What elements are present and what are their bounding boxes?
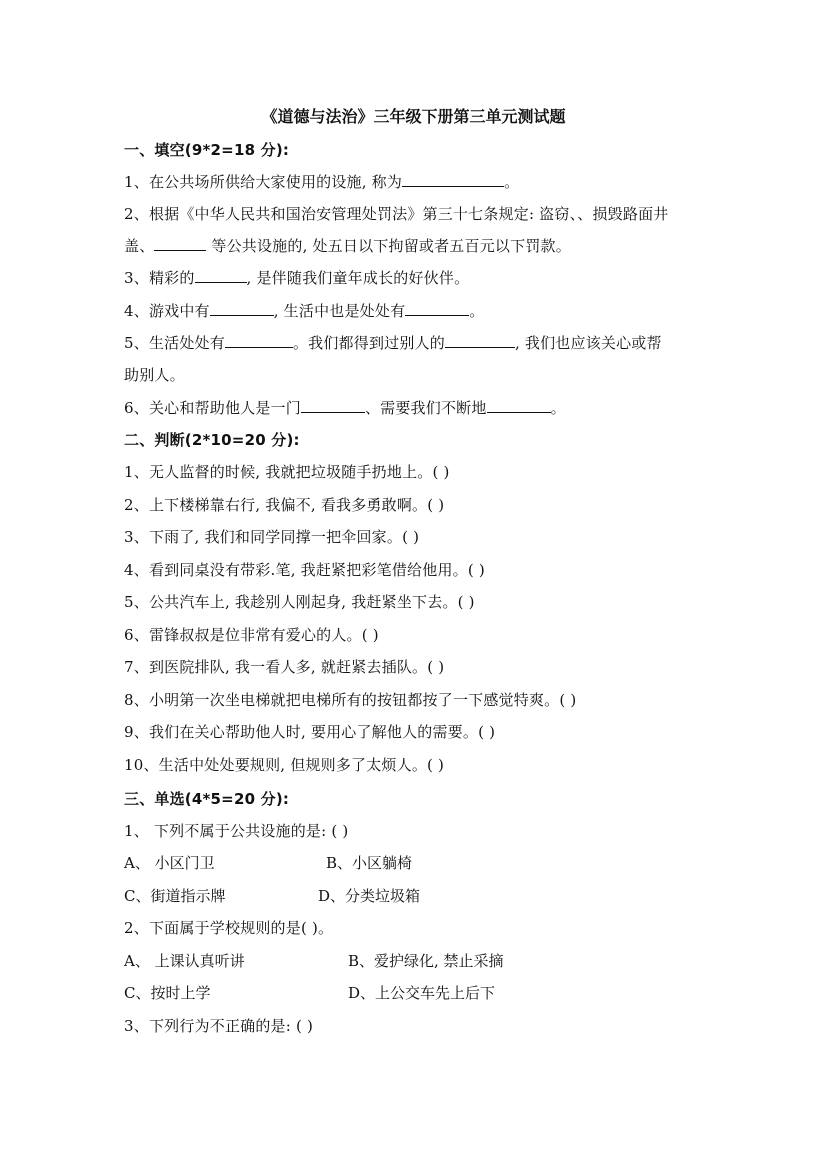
answer-blank[interactable]	[487, 398, 551, 413]
fill-question-2: 2、根据《中华人民共和国治安管理处罚法》第三十七条规定: 盗窃、、损毁路面井	[124, 204, 668, 224]
choice-question-3: 3、下列行为不正确的是: ( )	[124, 1016, 313, 1036]
fill-question-5-continued: 助别人。	[124, 365, 185, 385]
judge-item-4: 4、看到同桌没有带彩.笔, 我赶紧把彩笔借给他用。( )	[124, 560, 485, 580]
section-heading-true-false: 二、判断(2*10=20 分):	[124, 430, 300, 450]
judge-item-1: 1、无人监督的时候, 我就把垃圾随手扔地上。( )	[124, 462, 450, 482]
answer-blank[interactable]	[225, 333, 293, 348]
choice-question-2: 2、下面属于学校规则的是( )。	[124, 918, 333, 938]
answer-blank[interactable]	[301, 398, 365, 413]
section-heading-fill-blank: 一、填空(9*2=18 分):	[124, 140, 289, 160]
fill-question-4: 4、游戏中有, 生活中也是处处有。	[124, 301, 485, 321]
answer-blank[interactable]	[405, 301, 469, 316]
answer-blank[interactable]	[210, 301, 274, 316]
choice-option-d[interactable]: D、分类垃圾箱	[318, 886, 420, 906]
choice-option-b[interactable]: B、小区躺椅	[326, 853, 412, 873]
choice-option-a[interactable]: A、 上课认真听讲	[124, 951, 245, 971]
page-title: 《道德与法治》三年级下册第三单元测试题	[0, 106, 827, 128]
choice-option-d[interactable]: D、上公交车先上后下	[348, 983, 495, 1003]
choice-question-1: 1、 下列不属于公共设施的是: ( )	[124, 821, 348, 841]
answer-blank[interactable]	[402, 172, 504, 187]
judge-item-6: 6、雷锋叔叔是位非常有爱心的人。( )	[124, 625, 379, 645]
answer-blank[interactable]	[154, 236, 206, 251]
fill-question-3: 3、精彩的, 是伴随我们童年成长的好伙伴。	[124, 268, 469, 288]
answer-blank[interactable]	[195, 268, 247, 283]
fill-question-6: 6、关心和帮助他人是一门、需要我们不断地。	[124, 398, 566, 418]
answer-blank[interactable]	[445, 333, 515, 348]
choice-option-c[interactable]: C、按时上学	[124, 983, 210, 1003]
choice-option-a[interactable]: A、 小区门卫	[124, 853, 215, 873]
judge-item-2: 2、上下楼梯靠右行, 我偏不, 看我多勇敢啊。( )	[124, 495, 444, 515]
fill-question-2-continued: 盖、 等公共设施的, 处五日以下拘留或者五百元以下罚款。	[124, 236, 571, 256]
section-heading-single-choice: 三、单选(4*5=20 分):	[124, 789, 289, 809]
judge-item-10: 10、生活中处处要规则, 但规则多了太烦人。( )	[124, 755, 444, 775]
judge-item-7: 7、到医院排队, 我一看人多, 就赶紧去插队。( )	[124, 657, 444, 677]
fill-question-5: 5、生活处处有。我们都得到过别人的, 我们也应该关心或帮	[124, 333, 662, 353]
choice-option-c[interactable]: C、街道指示牌	[124, 886, 225, 906]
judge-item-5: 5、公共汽车上, 我趁别人刚起身, 我赶紧坐下去。( )	[124, 592, 475, 612]
exam-page: 《道德与法治》三年级下册第三单元测试题 一、填空(9*2=18 分): 1、在公…	[0, 0, 827, 1169]
fill-question-1: 1、在公共场所供给大家使用的设施, 称为。	[124, 172, 519, 192]
choice-option-b[interactable]: B、爱护绿化, 禁止采摘	[348, 951, 504, 971]
judge-item-3: 3、下雨了, 我们和同学同撑一把伞回家。( )	[124, 527, 419, 547]
judge-item-8: 8、小明第一次坐电梯就把电梯所有的按钮都按了一下感觉特爽。( )	[124, 690, 576, 710]
judge-item-9: 9、我们在关心帮助他人时, 要用心了解他人的需要。( )	[124, 722, 495, 742]
